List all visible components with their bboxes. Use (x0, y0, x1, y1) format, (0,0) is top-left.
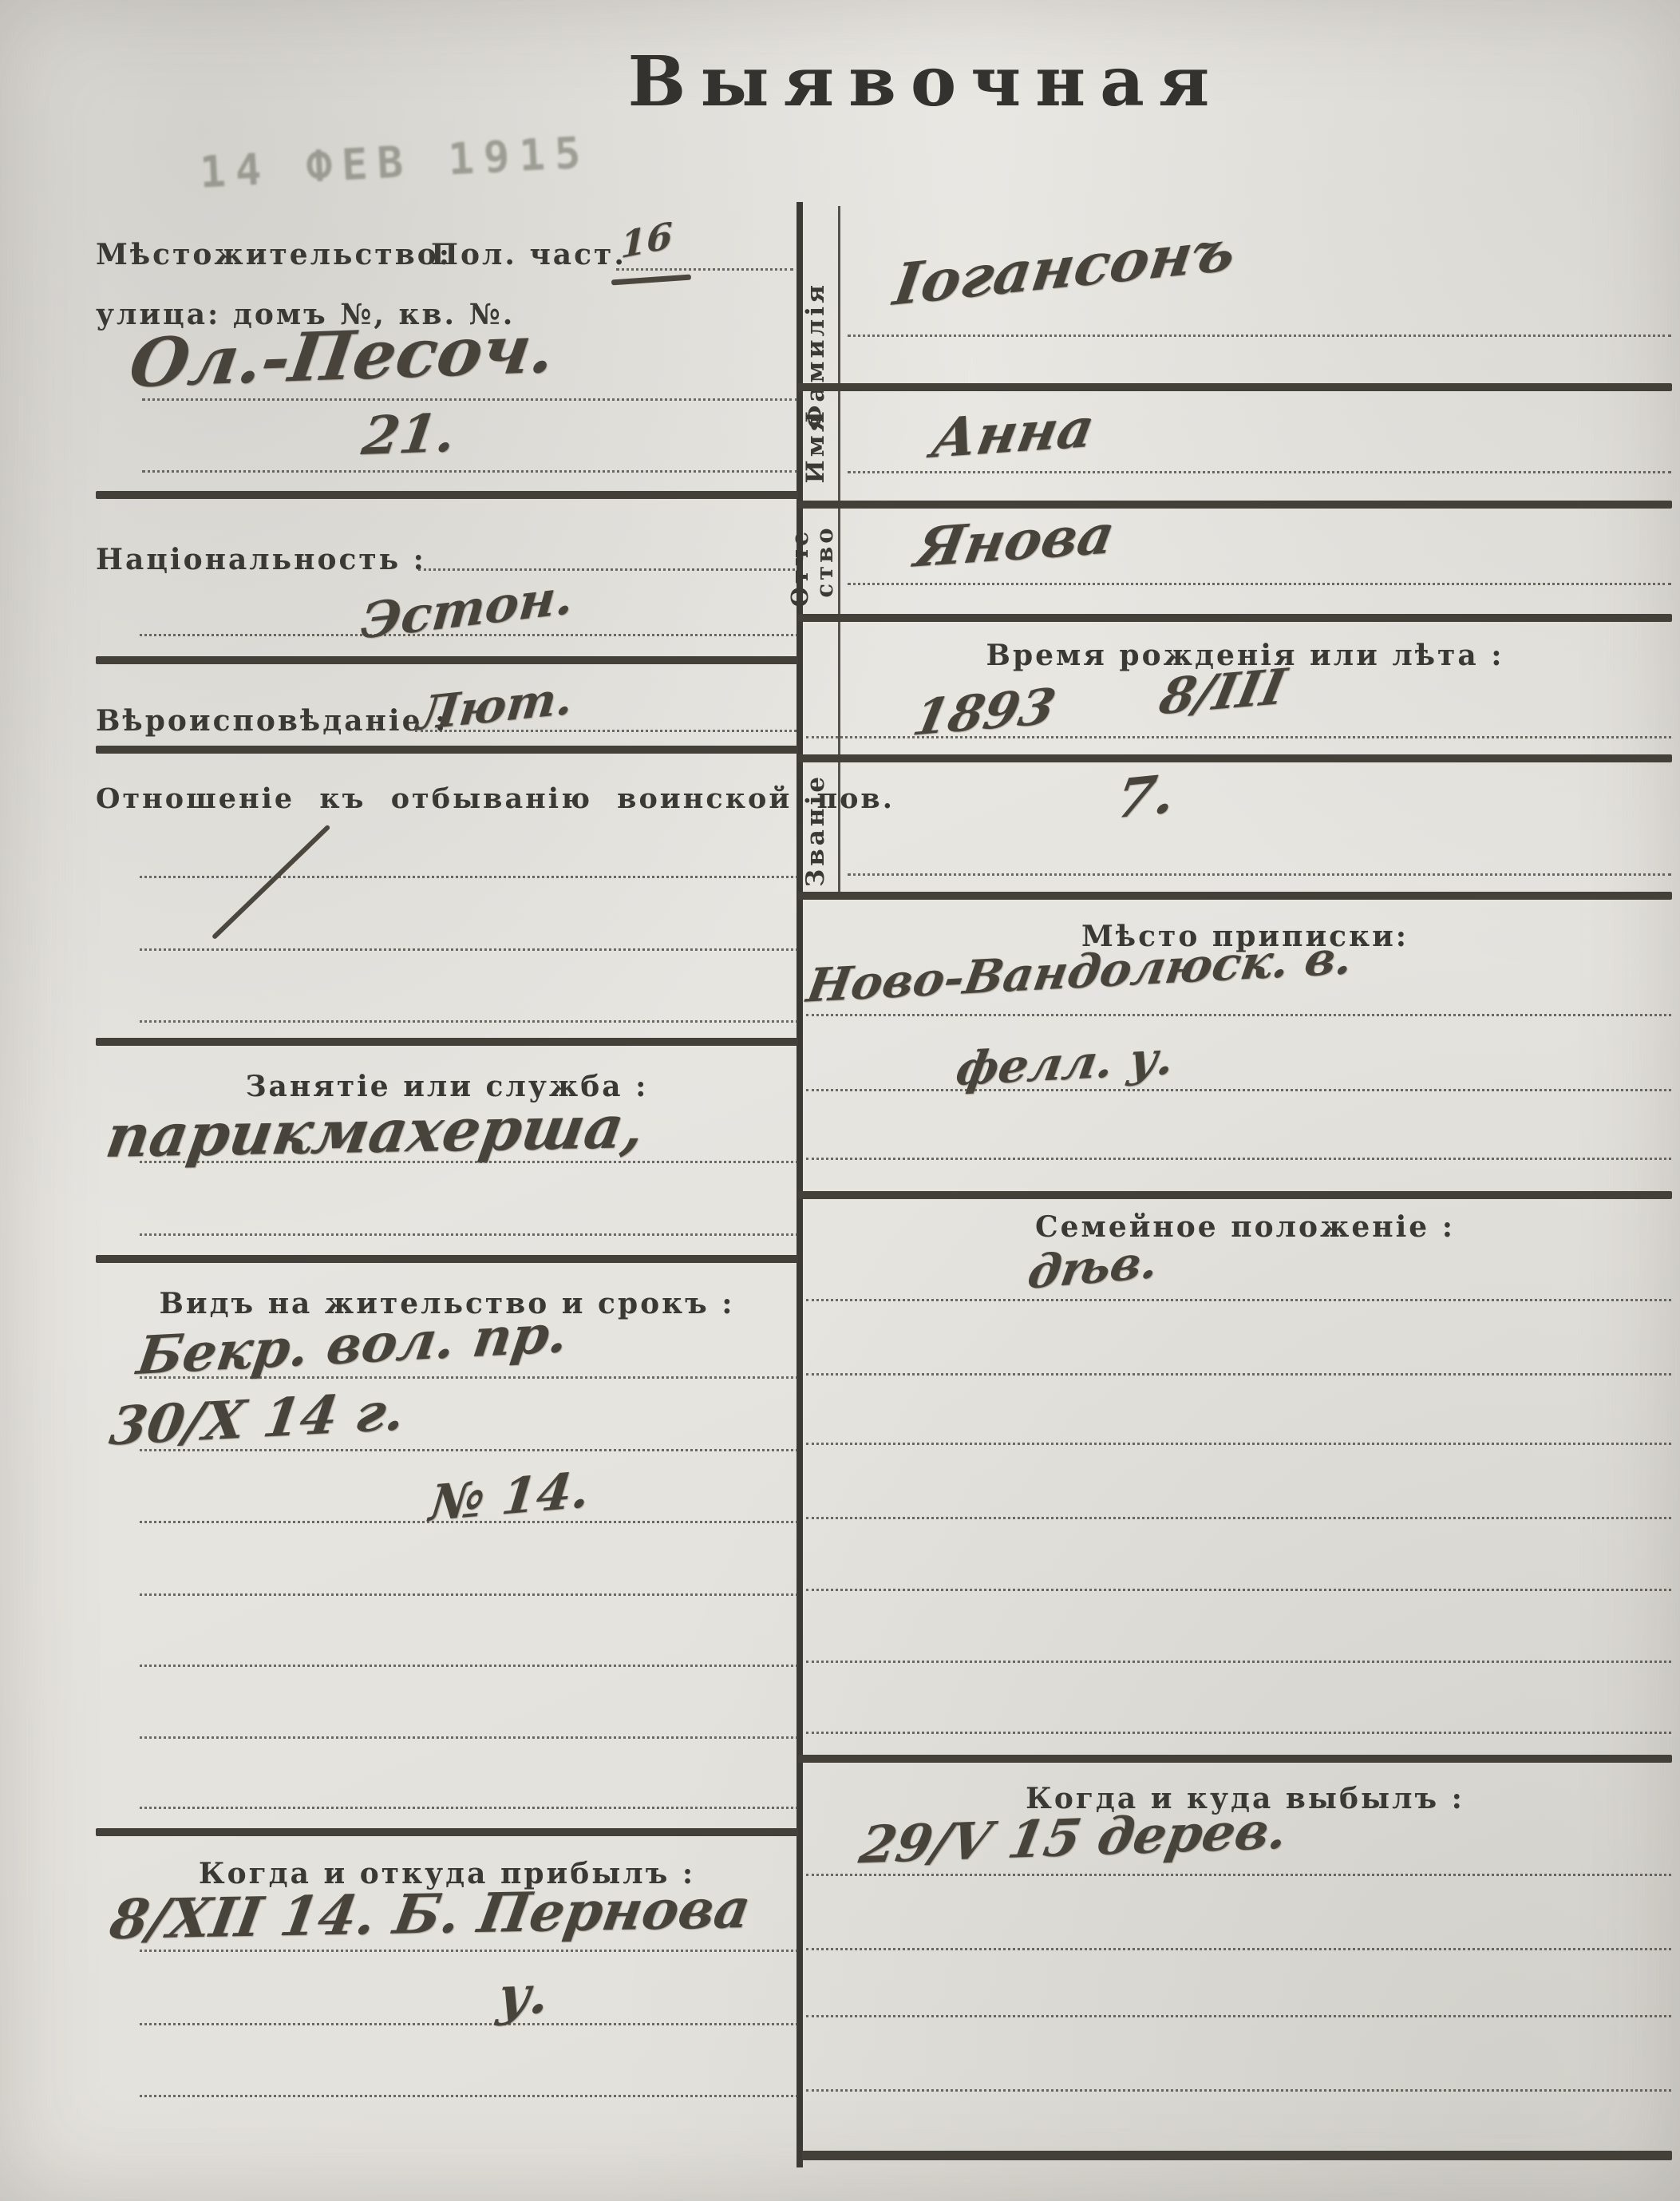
page-title: Выявочная (527, 42, 1325, 122)
section-rule (96, 491, 798, 499)
dotted-line (140, 1521, 798, 1523)
arrived-value-line1-handwritten: 8/XII 14. Б. Пернова (105, 1877, 754, 1952)
dotted-line (418, 568, 795, 571)
dotted-line (415, 730, 797, 732)
street-value-handwritten: Ол.-Песоч. (125, 309, 560, 402)
dotted-line (616, 268, 793, 271)
military-service-slash-mark (211, 825, 330, 940)
dotted-line (806, 1299, 1671, 1301)
dotted-line (806, 1014, 1671, 1016)
dotted-line (142, 470, 798, 473)
bottom-rule (802, 2151, 1672, 2160)
pen-dash-mark (611, 275, 691, 286)
dotted-line (140, 1736, 798, 1739)
section-rule (798, 1755, 1672, 1763)
rank-value-handwritten: 7. (1111, 762, 1180, 832)
patronymic-label-line2: ство (812, 489, 837, 633)
dotted-line (806, 1661, 1671, 1663)
dotted-line (848, 583, 1671, 585)
dotted-line (140, 948, 798, 951)
section-rule (798, 614, 1672, 622)
dotted-line (806, 1874, 1671, 1876)
patronymic-label-line1: Отче- (788, 489, 812, 633)
section-rule (798, 501, 1672, 509)
surname-value-handwritten: Іогансонъ (890, 216, 1240, 318)
dotted-line (806, 1948, 1671, 1950)
dotted-line (140, 1807, 798, 1809)
dotted-line (806, 736, 1671, 738)
dotted-line (806, 2015, 1671, 2017)
dotted-line (848, 335, 1671, 337)
house-number-handwritten: 21. (358, 402, 459, 467)
spacer (1051, 714, 1157, 722)
police-district-label: Пол. част. (431, 238, 627, 271)
dotted-line (142, 398, 798, 401)
dotted-line (140, 1665, 798, 1667)
section-rule (798, 892, 1672, 900)
birth-day-month-handwritten: 8/III (1155, 657, 1291, 726)
dotted-line (806, 1443, 1671, 1445)
dotted-line (848, 873, 1671, 876)
dotted-line (140, 1449, 798, 1451)
dotted-line (848, 471, 1671, 473)
religion-label: Вѣроисповѣданіе : (96, 704, 448, 738)
dotted-line (806, 2089, 1671, 2092)
permit-value-line2-handwritten: 30/X 14 г. (106, 1380, 409, 1458)
section-rule (798, 1191, 1672, 1199)
dotted-line (140, 2023, 798, 2025)
dotted-line (806, 1089, 1671, 1091)
dotted-line (140, 1950, 798, 1952)
dotted-line (140, 1020, 798, 1023)
dotted-line (806, 1158, 1671, 1160)
dotted-line (806, 1589, 1671, 1591)
patronymic-vertical-label: Отче- ство (788, 489, 850, 633)
section-rule (798, 754, 1672, 762)
dotted-line (806, 1373, 1671, 1376)
section-rule (96, 1828, 798, 1836)
dotted-line (140, 1233, 798, 1236)
section-rule (798, 383, 1672, 391)
dotted-line (806, 1517, 1671, 1519)
arrived-value-line2-handwritten: у. (494, 1963, 553, 2027)
section-rule (96, 1038, 798, 1046)
residence-label: Мѣстожительство: (96, 238, 452, 271)
dotted-line (140, 1161, 798, 1163)
military-service-label: Отношеніе къ отбыванію воинской пов. (96, 782, 895, 815)
dotted-line (806, 1732, 1671, 1734)
nationality-value-handwritten: Эстон. (358, 567, 575, 650)
section-rule (96, 1255, 798, 1263)
registration-card-page: Выявочная 14 ФЕВ 1915 Мѣстожительство: П… (0, 0, 1680, 2201)
date-stamp: 14 ФЕВ 1915 (199, 127, 591, 198)
occupation-value-handwritten: парикмахерша, (101, 1093, 649, 1171)
section-rule (96, 746, 798, 754)
dotted-line (140, 1593, 798, 1596)
firstname-value-handwritten: Анна (927, 396, 1099, 471)
dotted-line (140, 634, 798, 636)
rank-vertical-label: Званіе (803, 750, 838, 910)
family-status-label: Семейное положеніе : (846, 1210, 1644, 1244)
police-district-value-handwritten: 16 (620, 214, 672, 267)
dotted-line (140, 2095, 798, 2097)
dotted-line (140, 1376, 798, 1379)
dotted-line (140, 876, 798, 878)
family-status-value-handwritten: дѣв. (1024, 1234, 1162, 1300)
nationality-label: Національность : (96, 543, 426, 576)
section-rule (96, 656, 798, 664)
patronymic-value-handwritten: Янова (911, 503, 1120, 580)
registration-value-line2-handwritten: фелл. у. (952, 1031, 1178, 1096)
